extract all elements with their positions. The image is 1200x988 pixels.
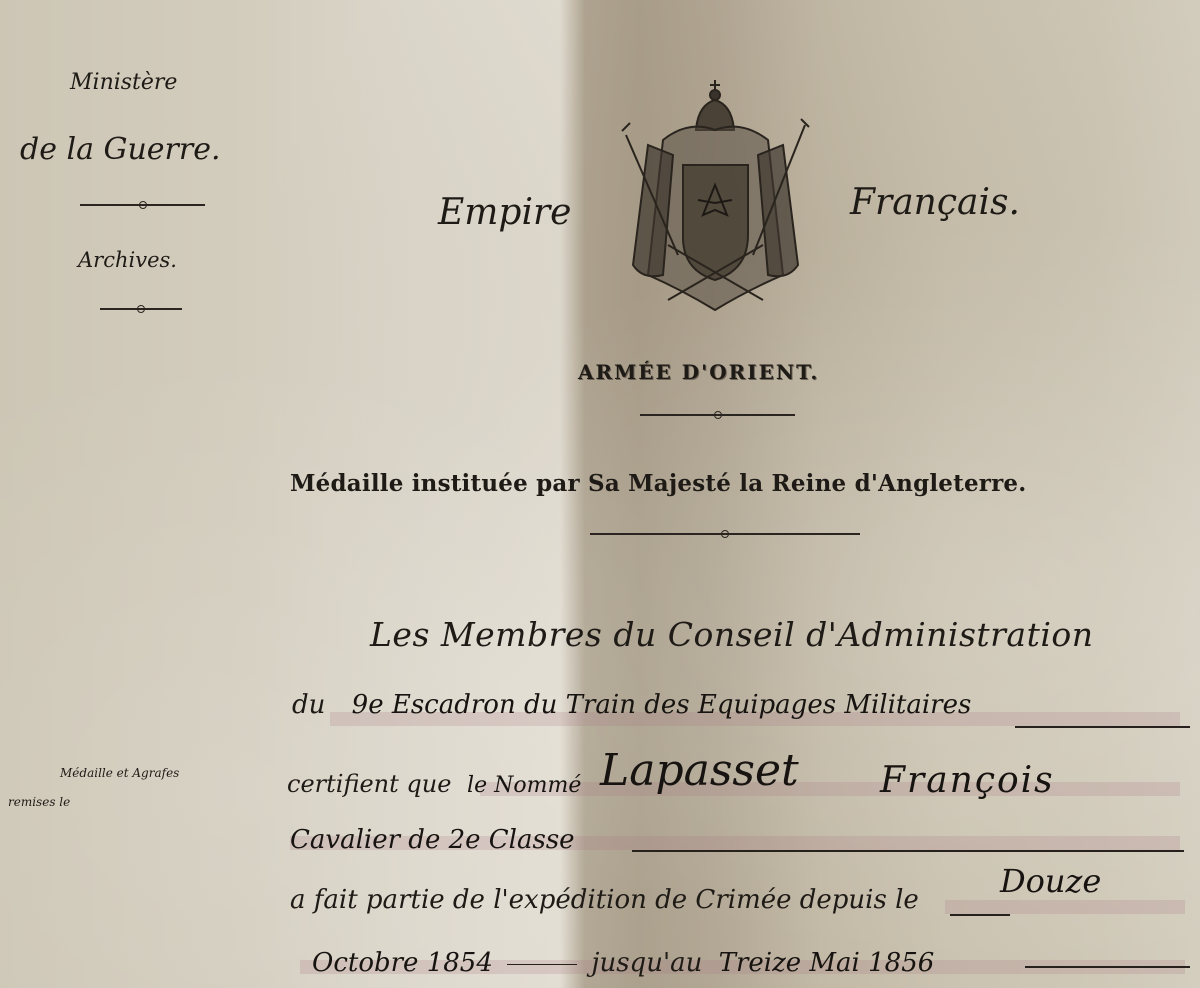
- certify-line: certifient que le Nommé: [287, 770, 581, 798]
- divider-flourish: [80, 204, 205, 206]
- ministry-line-1: Ministère: [70, 70, 177, 95]
- expedition-line: a fait partie de l'expédition de Crimée …: [290, 885, 919, 915]
- fill-rule: [1015, 726, 1190, 728]
- council-line: Les Membres du Conseil d'Administration: [370, 615, 1094, 654]
- imperial-coat-of-arms-icon: [618, 75, 813, 320]
- until-label: jusqu'au: [591, 948, 702, 978]
- fill-rule: [632, 850, 1184, 852]
- divider-flourish: [100, 308, 182, 310]
- fill-rule: [507, 964, 577, 965]
- unit-prefix: du: [292, 690, 325, 720]
- unit-line: du 9e Escadron du Train des Equipages Mi…: [292, 690, 971, 720]
- army-title: ARMÉE D'ORIENT.: [578, 360, 819, 384]
- end-date-handwritten: Treize Mai 1856: [719, 948, 935, 978]
- medal-title: Médaille instituée par Sa Majesté la Rei…: [290, 470, 1026, 497]
- dates-line: Octobre 1854 jusqu'au Treize Mai 1856: [312, 948, 934, 978]
- rank-handwritten: Cavalier de 2e Classe: [290, 825, 575, 855]
- fill-rule: [950, 914, 1010, 916]
- ruled-band: [480, 782, 1180, 796]
- ministry-line-2: de la Guerre.: [20, 132, 221, 167]
- start-date-handwritten: Octobre 1854: [312, 948, 493, 978]
- soldier-surname: Lapasset: [600, 745, 799, 796]
- unit-handwritten: 9e Escadron du Train des Equipages Milit…: [352, 690, 972, 720]
- department-label: Archives.: [78, 248, 177, 272]
- divider-flourish: [640, 414, 795, 416]
- divider-flourish: [590, 533, 860, 535]
- margin-note-line-1: Médaille et Agrafes: [60, 766, 179, 780]
- ruled-band: [945, 900, 1185, 914]
- certify-handwritten: le Nommé: [467, 773, 581, 798]
- header-francais: Français.: [850, 182, 1020, 223]
- start-day-handwritten: Douze: [1000, 862, 1101, 900]
- margin-note-line-2: remises le: [8, 795, 70, 809]
- certify-prefix: certifient que: [287, 770, 451, 798]
- soldier-first-name: François: [880, 760, 1055, 801]
- fill-rule: [1025, 966, 1190, 968]
- header-empire: Empire: [438, 192, 572, 233]
